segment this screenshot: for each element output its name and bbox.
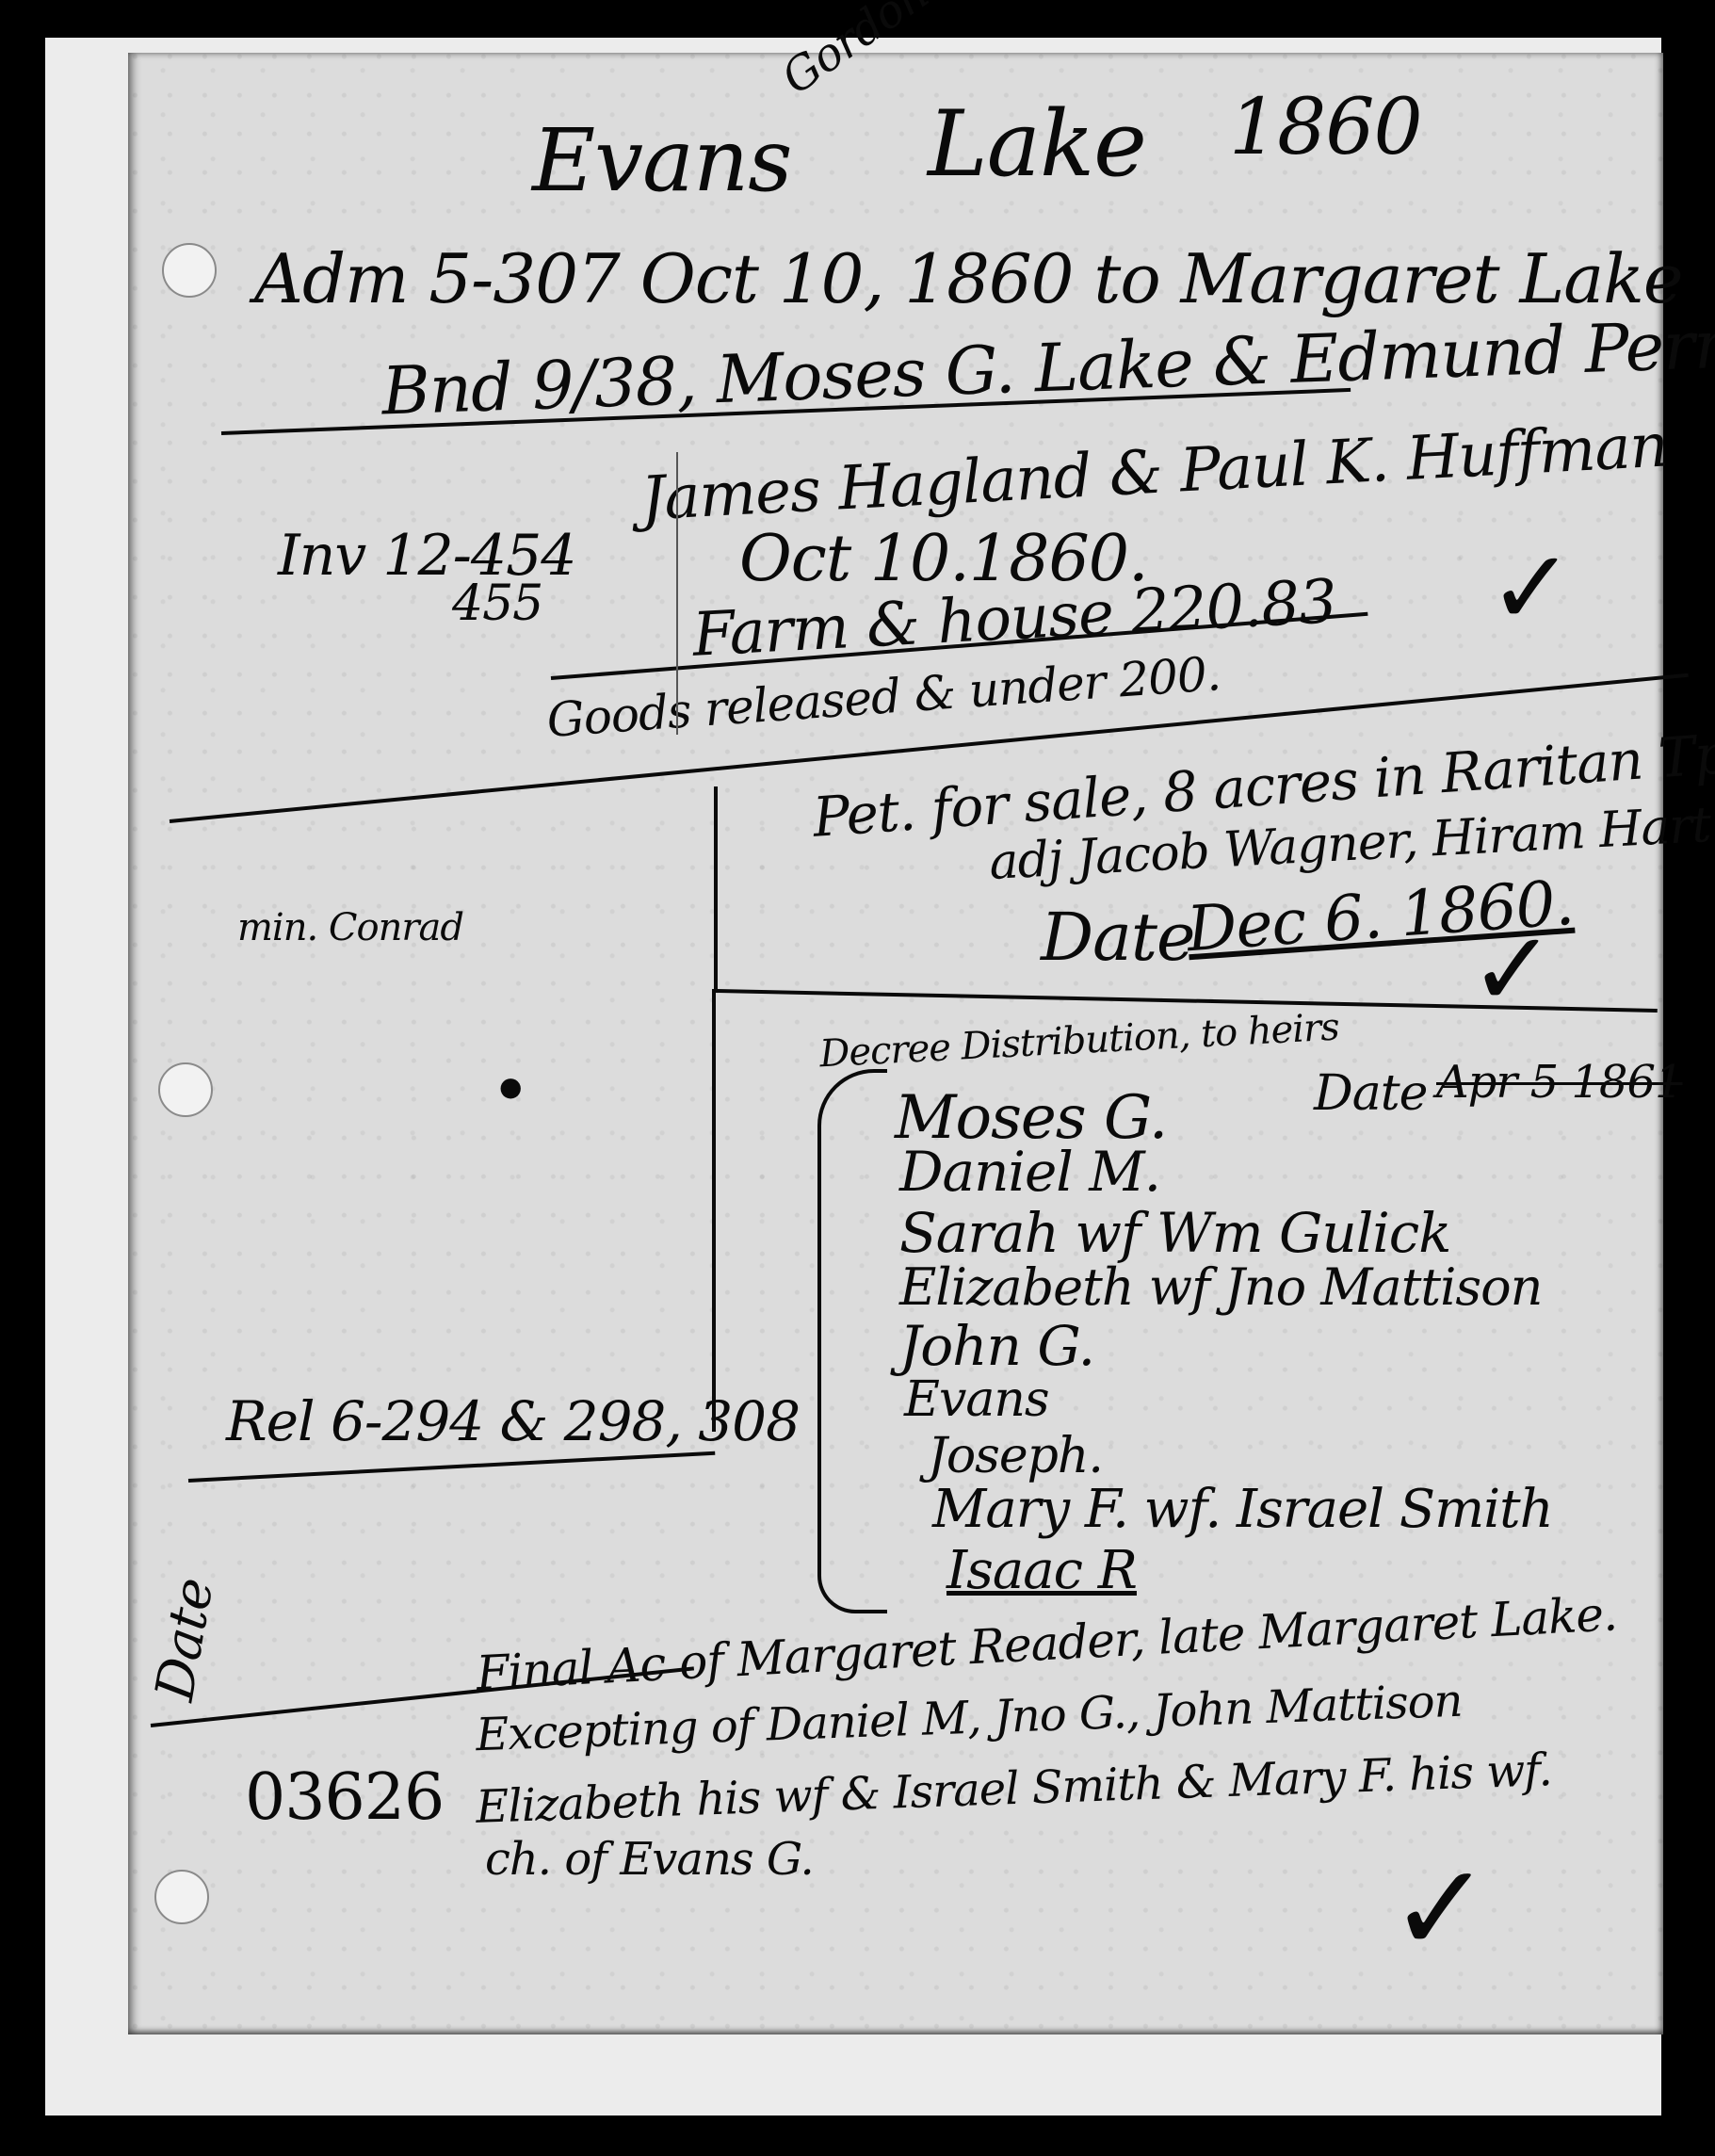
heir-item: Joseph. [928,1432,1103,1481]
final-number: 03626 [245,1766,444,1830]
heirs-bracket [817,1069,887,1613]
header-name-surname: Lake [928,99,1146,189]
heir-item: Isaac R [946,1545,1137,1597]
heir-item: Elizabeth wf Jno Mattison [899,1262,1542,1313]
left-note: min. Conrad [237,909,463,947]
checkmark-icon: ✓ [1389,1837,1492,1980]
left-dot: ● [499,1074,521,1100]
petition-date-label: Date [1041,904,1194,970]
inventory-ref-cont: 455 [452,579,542,628]
column-divider [676,452,678,735]
header-name-given: Evans [532,118,791,204]
final-line4: ch. of Evans G. [485,1837,814,1882]
distribution-date-value: Apr 5 1861 [1436,1060,1683,1105]
heir-item: Daniel M. [899,1144,1160,1199]
heir-item: Sarah wf Wm Gulick [899,1206,1450,1260]
checkmark-icon: ✓ [1469,909,1556,1029]
left-box-right [712,989,716,1432]
checkmark-icon: ✓ [1488,527,1575,648]
administration-line1: Adm 5-307 Oct 10, 1860 to Margaret Lake [254,245,1682,313]
hole-punch [154,1870,209,1924]
distribution-date-label: Date [1314,1069,1427,1118]
heir-item: Evans [904,1375,1049,1424]
heir-item: John G. [899,1319,1094,1373]
header-year: 1860 [1229,89,1422,167]
hole-punch [158,1062,213,1117]
petition-box-left [714,786,718,989]
hole-punch [162,243,217,298]
heir-item: Mary F. wf. Israel Smith [932,1483,1553,1536]
